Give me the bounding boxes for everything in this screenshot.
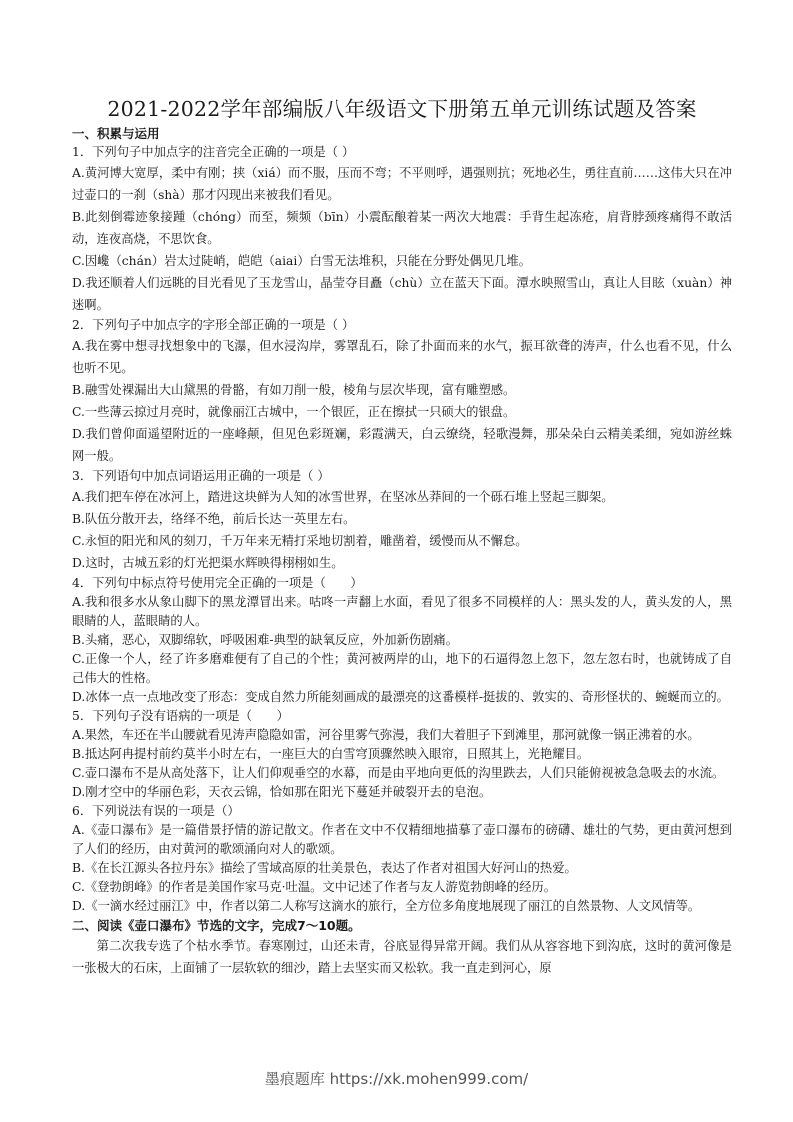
question-2-option-d: D.我们曾仰面遥望附近的一座峰颠，但见色彩斑斓，彩霞满天，白云缭绕，轻歌漫舞，那…	[72, 423, 732, 467]
question-5-option-b: B.抵达阿冉提村前约莫半小时左右，一座巨大的白雪穹顶骤然映入眼帘，日照其上，光艳…	[72, 745, 732, 764]
question-5-option-d: D.刚才空中的华丽色彩，天衣云锦，恰如那在阳光下蔓延并破裂开去的皂泡。	[72, 783, 732, 802]
section-heading-2: 二、阅读《壶口瀑布》节选的文字，完成7～10题。	[72, 916, 732, 935]
document-title: 2021-2022学年部编版八年级语文下册第五单元训练试题及答案	[72, 96, 732, 122]
question-1-option-d: D.我还顺着人们远眺的目光看见了玉龙雪山，晶莹夺目矗（chù）立在蓝天下面。潭水…	[72, 272, 732, 316]
question-3-option-b: B.队伍分散开去，络绎不绝，前后长达一英里左右。	[72, 508, 732, 530]
question-6-option-a: A.《壶口瀑布》是一篇借景抒情的游记散文。作者在文中不仅精细地描摹了壶口瀑布的磅…	[72, 821, 732, 859]
question-5-option-c: C.壶口瀑布不是从高处落下，让人们仰观垂空的水幕，而是由平地向更低的沟里跌去，人…	[72, 764, 732, 783]
question-4-option-a: A.我和很多水从象山脚下的黑龙潭冒出来。咕咚一声翻上水面，看见了很多不同模样的人…	[72, 593, 732, 631]
question-5-stem: 5．下列句子没有语病的一项是（ ）	[72, 707, 732, 726]
question-1-option-a: A.黄河博大宽厚，柔中有刚；挟（xiá）而不服，压而不弯；不平则呼，遇强则抗；死…	[72, 162, 732, 206]
question-5-option-a: A.果然，车还在半山腰就看见涛声隐隐如雷，河谷里雾气弥漫，我们大着胆子下到滩里，…	[72, 726, 732, 745]
question-1-option-c: C.因巉（chán）岩太过陡峭，皑皑（aiai）白雪无法堆积，只能在分野处偶见几…	[72, 250, 732, 272]
question-4-option-b: B.头痛，恶心，双脚绵软，呼吸困难-典型的缺氧反应，外加新伤剧痛。	[72, 631, 732, 650]
question-6-option-b: B.《在长江源头各拉丹东》描绘了雪域高原的壮美景色，表达了作者对祖国大好河山的热…	[72, 859, 732, 878]
question-4-option-d: D.冰体一点一点地改变了形态：变成自然力所能刻画成的最漂亮的这番模样-挺拔的、敦…	[72, 688, 732, 707]
document-page: 2021-2022学年部编版八年级语文下册第五单元训练试题及答案 一、积累与运用…	[72, 96, 732, 979]
question-3-option-c: C.永恒的阳光和风的刻刀，千万年来无精打采地切割着，雕凿着，缓慢而从不懈怠。	[72, 530, 732, 552]
watermark-footer: 墨痕题库 https://xk.mohen999.com/	[0, 1068, 793, 1089]
question-4-stem: 4．下列句中标点符号使用完全正确的一项是（ ）	[72, 574, 732, 593]
question-6-stem: 6．下列说法有误的一项是（）	[72, 802, 732, 821]
question-1-option-b: B.此刻倒霉迹象接踵（chóng）而至，频频（bīn）小震酝酿着某一两次大地震：…	[72, 206, 732, 250]
question-3-option-d: D.这时，古城五彩的灯光把渠水辉映得栩栩如生。	[72, 552, 732, 574]
section-heading-1: 一、积累与运用	[72, 124, 732, 143]
question-3-stem: 3．下列语句中加点词语运用正确的一项是（ ）	[72, 467, 732, 486]
question-6-option-d: D.《一滴水经过丽江》中，作者以第二人称写这滴水的旅行，全方位多角度地展现了丽江…	[72, 897, 732, 916]
question-4-option-c: C.正像一个人，经了许多磨难便有了自己的个性；黄河被两岸的山，地下的石逼得忽上忽…	[72, 650, 732, 688]
question-2-option-c: C.一些薄云掠过月亮时，就像丽江古城中，一个银匠，正在擦拭一只硕大的银盘。	[72, 401, 732, 423]
question-3-option-a: A.我们把车停在冰河上，踏进这块鲜为人知的冰雪世界，在坚冰丛莽间的一个砾石堆上竖…	[72, 486, 732, 508]
reading-passage: 第二次我专选了个枯水季节。春寒刚过，山还未青，谷底显得异常开阔。我们从从容容地下…	[72, 935, 732, 979]
question-2-option-b: B.融雪处裸漏出大山黛黑的骨骼，有如刀削一般，棱角与层次毕现，富有雕塑感。	[72, 379, 732, 401]
question-6-option-c: C.《登勃朗峰》的作者是美国作家马克·吐温。文中记述了作者与友人游览勃朗峰的经历…	[72, 878, 732, 897]
question-2-stem: 2．下列句子中加点字的字形全部正确的一项是（ ）	[72, 316, 732, 335]
question-1-stem: 1．下列句子中加点字的注音完全正确的一项是（ ）	[72, 143, 732, 162]
question-2-option-a: A.我在雾中想寻找想象中的飞瀑，但水浸沟岸，雾罩乱石，除了扑面而来的水气，振耳欲…	[72, 335, 732, 379]
